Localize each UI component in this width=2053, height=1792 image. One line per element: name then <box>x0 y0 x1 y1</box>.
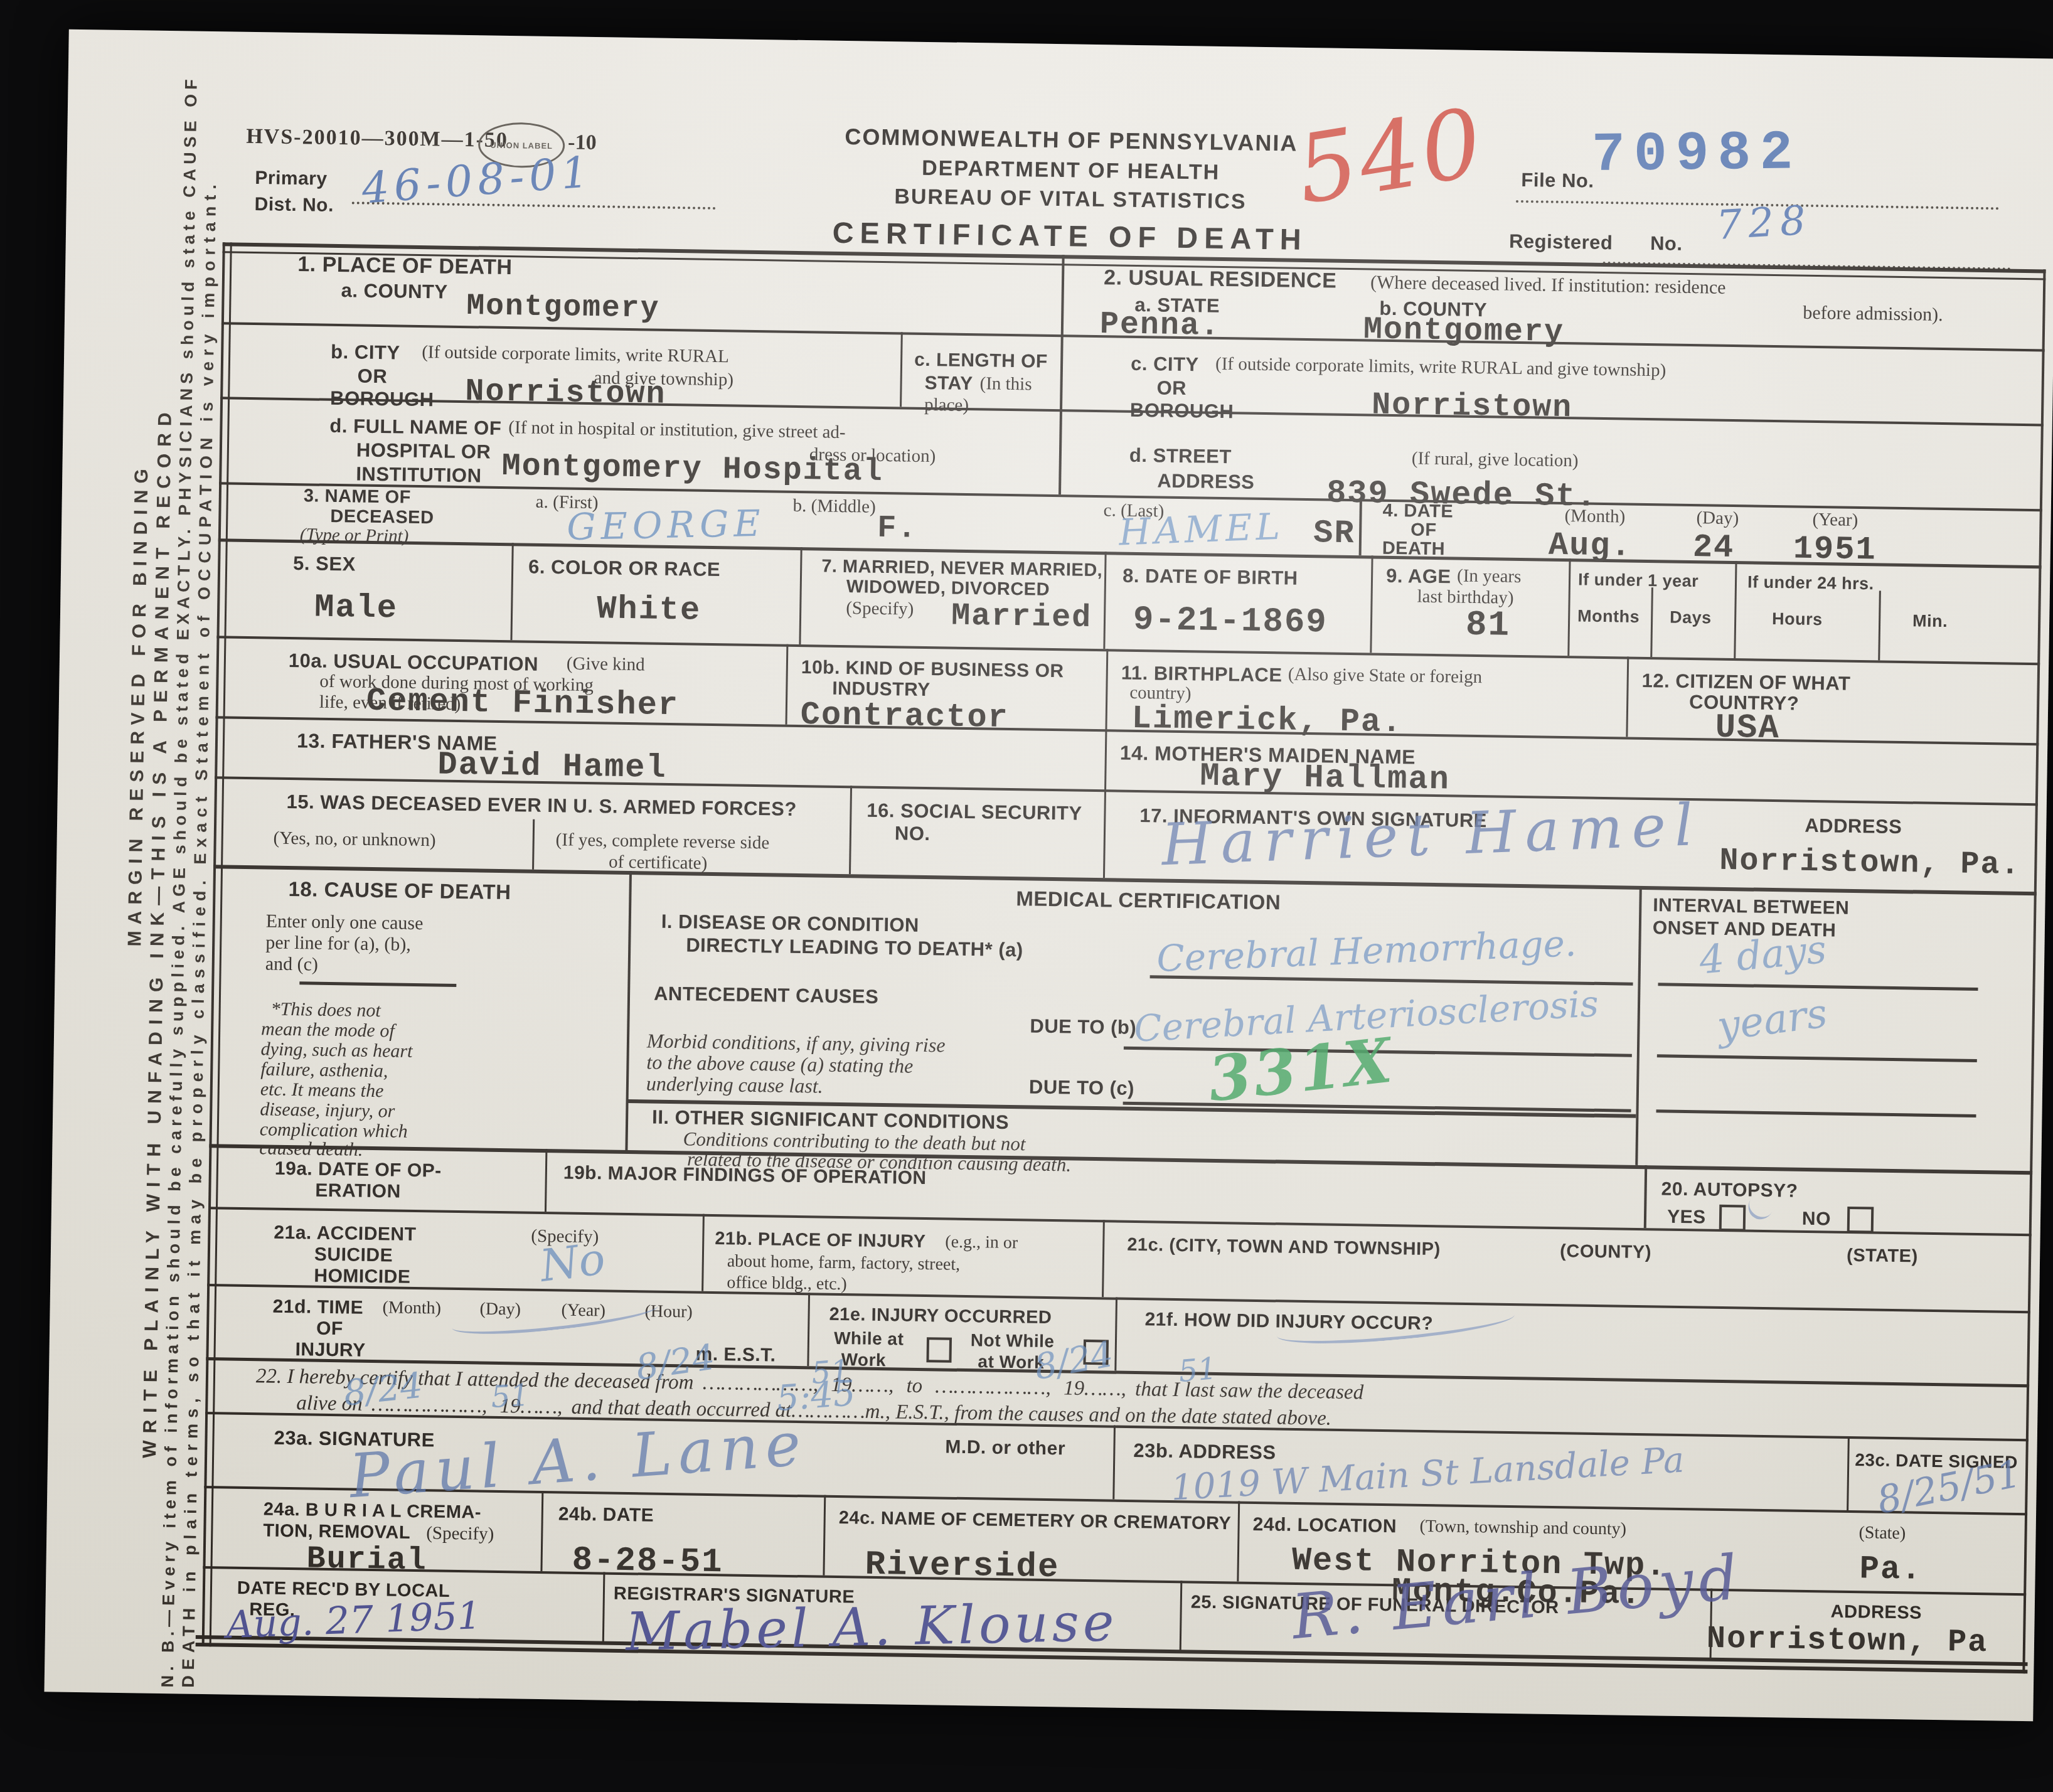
birth-date-value: 9-21-1869 <box>1133 601 1328 643</box>
place-of-death-title: 1. PLACE OF DEATH <box>297 252 513 280</box>
certify-alive-date: 8/24 <box>342 1365 425 1414</box>
age-label: 9. AGE <box>1386 565 1451 589</box>
md-or-other-label: M.D. or other <box>945 1437 1065 1460</box>
city-label: b. CITY <box>331 341 400 365</box>
rule <box>1847 1436 1850 1510</box>
accident-label-2: SUICIDE <box>314 1244 393 1267</box>
residence-title: 2. USUAL RESIDENCE <box>1104 265 1337 294</box>
rule <box>1734 561 1737 658</box>
residence-county-value: Montgomery <box>1363 312 1565 351</box>
cause-footnote-8: caused death. <box>259 1138 363 1160</box>
stray-pencil-mark <box>1276 1301 1516 1350</box>
rule <box>1114 1298 1117 1371</box>
marital-specify-label: (Specify) <box>846 598 914 620</box>
sex-value: Male <box>314 589 398 627</box>
cemetery-label: 24c. NAME OF CEMETERY OR CREMATORY <box>839 1508 1232 1534</box>
residence-note-2: before admission). <box>1803 302 1943 326</box>
marital-value: Married <box>951 599 1092 636</box>
street-label-2: ADDRESS <box>1157 469 1255 493</box>
rule <box>299 981 456 987</box>
rule <box>849 786 852 874</box>
residence-borough-label: BOROUGH <box>1130 399 1234 423</box>
middle-name-value: F. <box>877 511 918 547</box>
residence-or-label: OR <box>1156 376 1186 400</box>
morbid-note-3: underlying cause last. <box>646 1072 823 1097</box>
burial-specify-label: (Specify) <box>426 1523 494 1545</box>
certify-to-year: 51 <box>1177 1351 1218 1389</box>
injury-month-label: (Month) <box>382 1298 441 1318</box>
informant-signature: Harriet Hamel <box>1160 791 1703 878</box>
disease-label-1: I. DISEASE OR CONDITION <box>661 910 920 937</box>
file-no-stamp: 70982 <box>1592 122 1802 187</box>
registered-label: Registered <box>1509 230 1613 254</box>
cause-a-value: Cerebral Hemorrhage. <box>1156 922 1577 980</box>
birthplace-value: Limerick, Pa. <box>1131 700 1402 741</box>
ssn-label-1: 16. SOCIAL SECURITY <box>867 799 1082 825</box>
location-label: 24d. LOCATION <box>1252 1514 1397 1537</box>
under-year-label: If under 1 year <box>1578 570 1699 591</box>
rule <box>1237 1501 1240 1582</box>
accident-label-1: 21a. ACCIDENT <box>274 1222 417 1245</box>
autopsy-yes-label: YES <box>1667 1207 1706 1229</box>
rule <box>1103 789 1106 878</box>
county-label: a. COUNTY <box>341 279 447 304</box>
occupation-value: Cement Finisher <box>366 683 680 724</box>
months-label: Months <box>1577 606 1640 626</box>
cause-footnote-1: *This does not <box>270 999 381 1022</box>
hospital-label-1: d. FULL NAME OF <box>329 415 501 440</box>
operation-findings-label: 19b. MAJOR FINDINGS OF OPERATION <box>563 1163 927 1190</box>
interval-b-value: years <box>1715 990 1830 1050</box>
name-label-1: 3. NAME OF <box>304 486 411 508</box>
registered-value: 728 <box>1715 198 1813 249</box>
injury-place-note-2: about home, farm, factory, street, <box>727 1251 961 1275</box>
location-value-2: Pa. <box>1859 1550 1922 1588</box>
days-label: Days <box>1670 608 1712 628</box>
while-at-work-checkbox <box>926 1337 952 1363</box>
burial-label-2: TION, REMOVAL <box>263 1520 410 1543</box>
street-label-1: d. STREET <box>1129 444 1232 468</box>
business-value: Contractor <box>800 696 1009 737</box>
red-clerk-number: 540 <box>1289 88 1491 225</box>
rule <box>1180 1581 1183 1651</box>
residence-note-1: (Where deceased lived. If institution: r… <box>1370 272 1726 298</box>
rule <box>900 332 903 407</box>
rule <box>799 547 802 644</box>
rule <box>2022 269 2045 1673</box>
due-to-c-label: DUE TO (c) <box>1029 1076 1135 1100</box>
accident-label-3: HOMICIDE <box>314 1266 410 1288</box>
rule <box>1105 649 1108 729</box>
dist-no-value: 46-08-01 <box>360 147 595 214</box>
operation-date-label-2: ERATION <box>315 1180 401 1203</box>
street-note: (If rural, give location) <box>1412 448 1579 471</box>
rule <box>602 1572 605 1643</box>
certify-text: to <box>906 1375 922 1397</box>
or-label: OR <box>357 365 387 388</box>
date-of-death-label-1: 4. DATE <box>1382 501 1453 523</box>
father-value: David Hamel <box>437 746 667 786</box>
informant-address-label: ADDRESS <box>1805 814 1902 838</box>
rule <box>1644 1165 1647 1228</box>
death-month-value: Aug. <box>1548 527 1632 565</box>
birthplace-note-1: (Also give State or foreign <box>1288 664 1483 688</box>
first-name-value: GEORGE <box>567 502 766 548</box>
rule <box>209 1144 2032 1175</box>
length-of-stay-label-1: c. LENGTH OF <box>914 349 1048 373</box>
mother-value: Mary Hallman <box>1200 758 1450 799</box>
date-of-death-label-2: OF <box>1410 520 1437 541</box>
rule <box>1657 1054 1977 1062</box>
certificate-paper: MARGIN RESERVED FOR BINDING WRITE PLAINL… <box>45 29 2053 1722</box>
race-value: White <box>597 590 701 629</box>
antecedent-label: ANTECEDENT CAUSES <box>654 983 879 1008</box>
rule <box>786 644 789 725</box>
certify-text: 22. I hereby certify that I attended the… <box>256 1365 694 1394</box>
middle-name-label: b. (Middle) <box>792 496 876 518</box>
autopsy-no-checkbox <box>1847 1207 1874 1234</box>
autopsy-yes-checkbox <box>1719 1205 1746 1232</box>
location-state-note: (State) <box>1858 1523 1906 1544</box>
death-month-label: (Month) <box>1564 506 1625 527</box>
length-of-stay-note-2: place) <box>924 395 969 416</box>
marital-label-2: WIDOWED, DIVORCED <box>846 577 1050 600</box>
name-suffix-value: SR <box>1313 515 1355 552</box>
registered-no-label: No. <box>1650 232 1683 255</box>
cause-of-death-label: 18. CAUSE OF DEATH <box>288 877 511 904</box>
injury-injury-label: INJURY <box>295 1339 365 1362</box>
funeral-address-label: ADDRESS <box>1830 1602 1922 1624</box>
certify-alive-year: 51 <box>490 1378 530 1415</box>
interval-label-1: INTERVAL BETWEEN <box>1653 895 1850 919</box>
injury-occurred-label: 21e. INJURY OCCURRED <box>829 1304 1052 1328</box>
hospital-value: Montgomery Hospital <box>501 449 883 490</box>
death-day-label: (Day) <box>1696 508 1739 529</box>
rule <box>1102 1220 1105 1297</box>
hospital-note-1: (If not in hospital or institution, give… <box>508 417 846 443</box>
city-value: Norristown <box>465 374 666 413</box>
race-label: 6. COLOR OR RACE <box>528 556 720 582</box>
armed-forces-label: 15. WAS DECEASED EVER IN U. S. ARMED FOR… <box>286 791 797 821</box>
physician-address-label: 23b. ADDRESS <box>1133 1439 1276 1464</box>
injury-place-note-3: office bldg., etc.) <box>727 1272 847 1294</box>
armed-forces-note-2: (If yes, complete reverse side <box>556 829 770 853</box>
citizen-value: USA <box>1715 709 1780 749</box>
rule <box>1370 556 1373 653</box>
rule <box>540 1491 543 1571</box>
rule <box>510 543 513 640</box>
autopsy-label: 20. AUTOPSY? <box>1661 1178 1798 1202</box>
hospital-label-3: INSTITUTION <box>356 463 482 488</box>
rule <box>1567 558 1570 656</box>
hours-label: Hours <box>1772 609 1823 629</box>
ssn-label-2: NO. <box>895 822 931 845</box>
rule <box>1104 729 1107 789</box>
injury-place-note-1: (e.g., in or <box>945 1232 1018 1254</box>
location-note: (Town, township and county) <box>1419 1517 1626 1540</box>
autopsy-no-label: NO <box>1802 1208 1831 1230</box>
department-line: DEPARTMENT OF HEALTH <box>757 154 1384 188</box>
registrar-signature: Mabel A. Klouse <box>625 1591 1118 1663</box>
injury-time-label: 21d. TIME <box>272 1296 363 1319</box>
rule <box>1626 657 1629 737</box>
injury-place-label: 21b. PLACE OF INJURY <box>715 1229 925 1252</box>
last-name-value: HAMEL <box>1118 505 1284 554</box>
injury-of-label: OF <box>316 1318 343 1340</box>
residence-city-label: c. CITY <box>1131 353 1199 376</box>
funeral-address-value: Norristown, Pa <box>1707 1621 1988 1661</box>
operation-date-label-1: 19a. DATE OF OP- <box>275 1158 442 1182</box>
rule <box>1635 886 1642 1165</box>
death-year-label: (Year) <box>1812 509 1858 531</box>
rule <box>532 819 535 870</box>
rule <box>1650 587 1653 657</box>
cause-footnote-5: etc. It means the <box>260 1079 384 1102</box>
residence-city-value: Norristown <box>1372 388 1573 427</box>
union-label-text: UNION LABEL <box>490 140 553 150</box>
rule <box>701 1214 705 1291</box>
rule <box>1103 552 1106 649</box>
date-of-death-label-3: DEATH <box>1382 538 1446 560</box>
form-number: HVS-20010—300M—1-50 <box>246 125 508 152</box>
length-of-stay-label-2: STAY <box>924 373 973 395</box>
burial-value: Burial <box>306 1542 427 1579</box>
death-year-value: 1951 <box>1793 530 1877 568</box>
due-to-b-label: DUE TO (b) <box>1030 1015 1136 1040</box>
occupation-note-1: (Give kind <box>567 654 645 676</box>
armed-forces-note-3: of certificate) <box>609 852 707 874</box>
informant-address-value: Norristown, Pa. <box>1719 843 2021 883</box>
rule <box>1656 1109 1976 1117</box>
certify-text: that I last saw the deceased <box>1135 1378 1363 1404</box>
rule <box>807 1293 810 1366</box>
cause-enter-2: per line for (a), (b), <box>265 932 411 955</box>
rule <box>625 871 632 1150</box>
state-value: Penna. <box>1100 307 1221 344</box>
residence-city-note: (If outside corporate limits, write RURA… <box>1215 354 1666 381</box>
injury-state-label: (STATE) <box>1847 1245 1918 1267</box>
burial-label-1: 24a. B U R I A L CREMA- <box>264 1499 482 1523</box>
certify-dots: ………………, <box>935 1375 1051 1399</box>
armed-forces-note-1: (Yes, no, or unknown) <box>273 828 435 851</box>
medical-certification-label: MEDICAL CERTIFICATION <box>1016 887 1281 914</box>
street-value: 839 Swede St. <box>1326 474 1597 515</box>
while-at-label-1: While at <box>834 1328 904 1350</box>
under-day-label: If under 24 hrs. <box>1747 572 1874 594</box>
disease-label-2: DIRECTLY LEADING TO DEATH* (a) <box>686 934 1023 961</box>
burial-date-label: 24b. DATE <box>558 1503 654 1526</box>
city-note-1: (If outside corporate limits, write RURA… <box>422 342 729 367</box>
rule <box>545 1149 547 1212</box>
cause-enter-1: Enter only one cause <box>266 910 424 934</box>
rule <box>1112 1426 1116 1500</box>
bureau-line: BUREAU OF VITAL STATISTICS <box>757 183 1384 216</box>
sex-label: 5. SEX <box>293 552 356 575</box>
primary-label: Primary <box>255 168 328 190</box>
birth-date-label: 8. DATE OF BIRTH <box>1122 565 1298 590</box>
burial-date-value: 8-28-51 <box>572 1542 723 1582</box>
hospital-label-2: HOSPITAL OR <box>356 439 491 464</box>
rule <box>1878 591 1881 661</box>
name-label-3: (Type or Print) <box>300 525 409 547</box>
scanned-death-certificate: { "margin": { "binding": "MARGIN RESERVE… <box>0 0 2053 1792</box>
length-of-stay-note-1: (In this <box>979 373 1032 395</box>
death-day-value: 24 <box>1692 529 1734 567</box>
min-label: Min. <box>1912 611 1948 631</box>
rule <box>823 1495 826 1576</box>
injury-city-label: 21c. (CITY, TOWN AND TOWNSHIP) <box>1127 1235 1441 1260</box>
cause-footnote-4: failure, asthenia, <box>260 1059 388 1082</box>
cause-enter-3: and (c) <box>265 953 319 975</box>
borough-label: BOROUGH <box>330 387 434 411</box>
injury-county-label: (COUNTY) <box>1560 1241 1651 1263</box>
file-no-label: File No. <box>1521 169 1594 193</box>
accident-value: No <box>537 1233 608 1292</box>
cemetery-value: Riverside <box>865 1546 1060 1587</box>
rule <box>1058 255 1065 494</box>
age-note-1: (In years <box>1457 566 1522 588</box>
dist-no-label: Dist. No. <box>254 194 334 216</box>
age-value: 81 <box>1466 605 1511 646</box>
rule <box>1658 983 1978 991</box>
county-value: Montgomery <box>466 289 660 326</box>
